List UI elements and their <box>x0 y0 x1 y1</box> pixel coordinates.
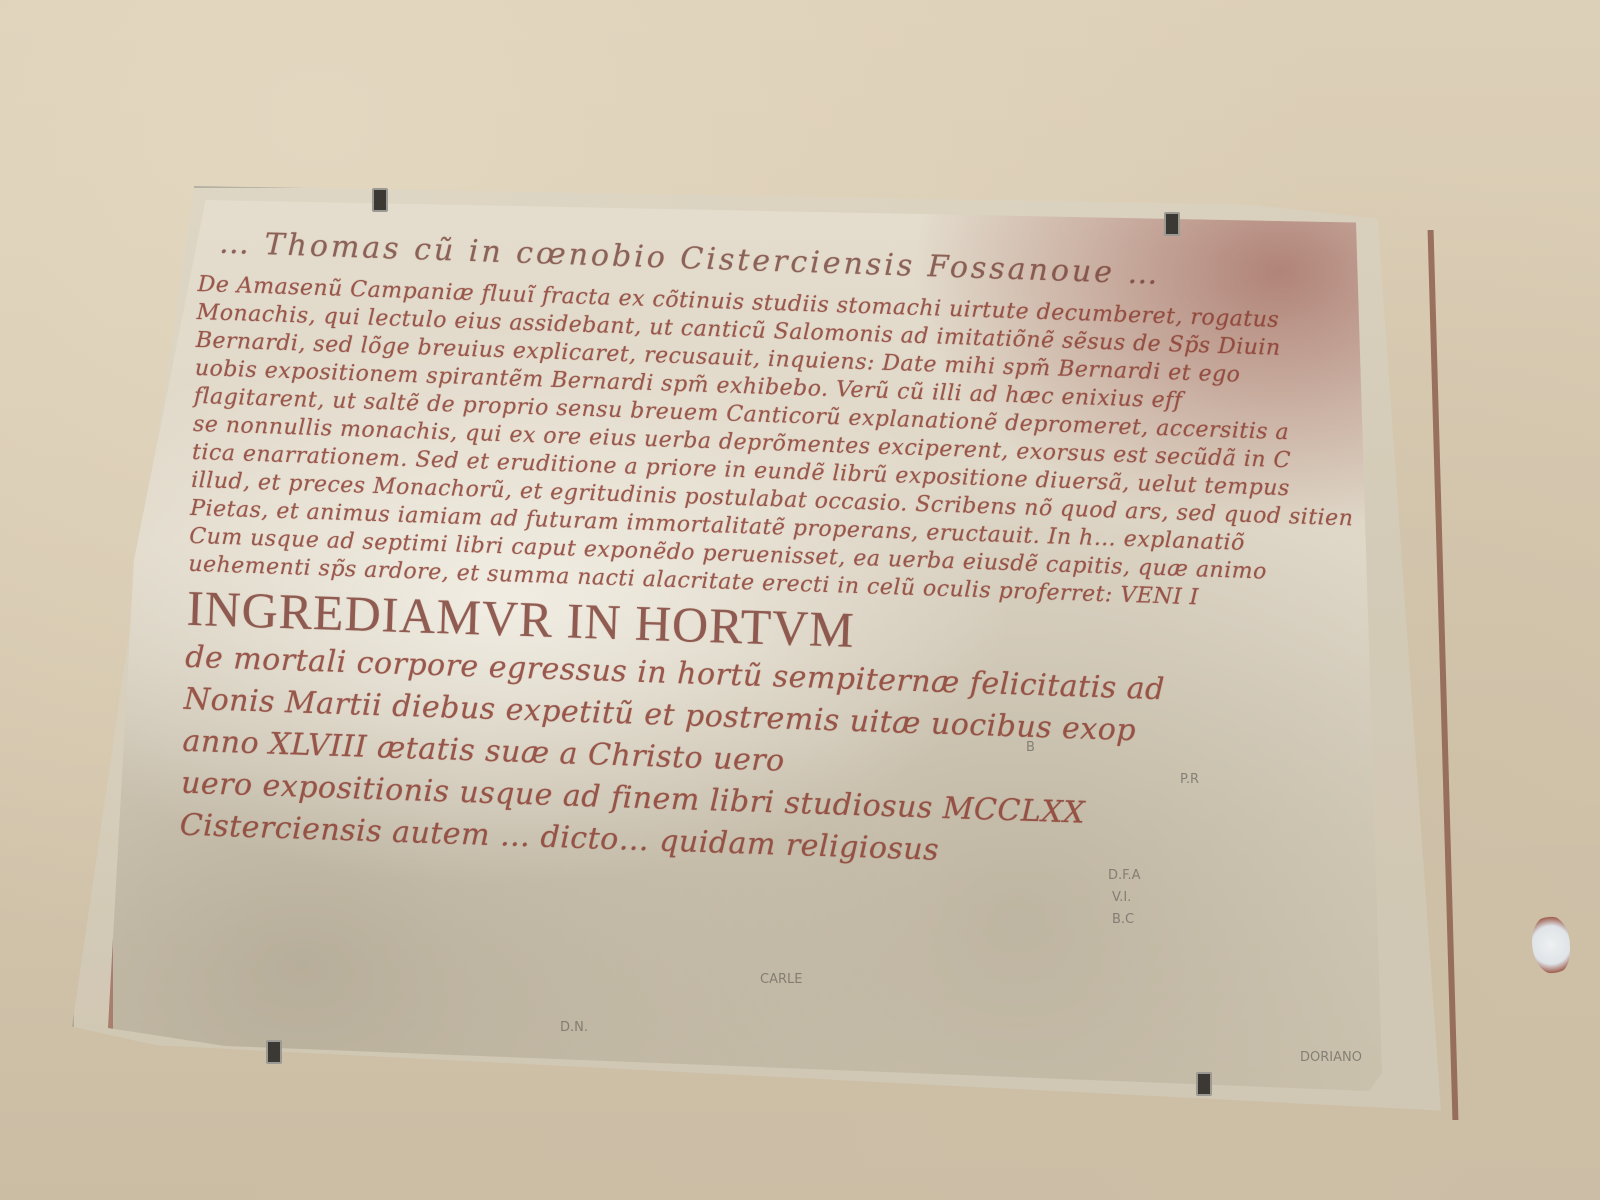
graffiti-mark: B.C <box>1112 912 1134 927</box>
inscription-text: … Thomas cũ in cœnobio Cisterciensis Fos… <box>179 215 1379 886</box>
graffiti-mark: B <box>1026 740 1035 755</box>
graffiti-mark: CARLE <box>760 972 802 987</box>
mounting-clip-top-right <box>1164 212 1180 236</box>
graffiti-mark: V.I. <box>1112 890 1131 905</box>
graffiti-mark: D.N. <box>560 1020 588 1035</box>
mounting-clip-top-left <box>372 188 388 212</box>
mounting-clip-bottom-right <box>1196 1072 1212 1096</box>
glass-edge-shadow <box>1428 230 1459 1120</box>
graffiti-mark: DORIANO <box>1300 1050 1362 1065</box>
graffiti-mark: D.F.A <box>1108 868 1141 883</box>
mounting-clip-bottom-left <box>266 1040 282 1064</box>
graffiti-mark: P.R <box>1180 772 1199 787</box>
wall-paint-chip <box>1532 916 1570 974</box>
